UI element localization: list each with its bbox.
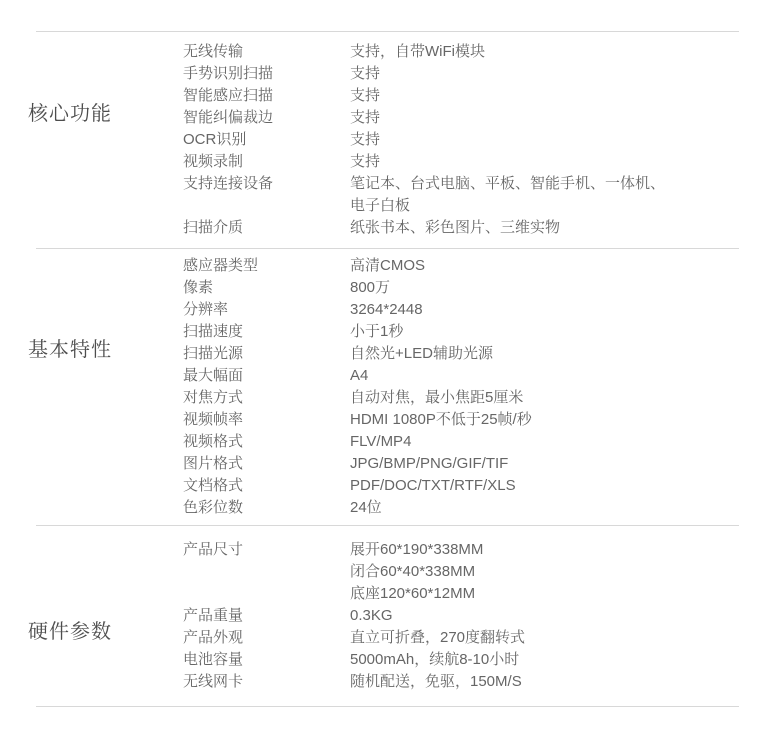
- spec-row: 色彩位数 24位: [183, 497, 739, 519]
- spec-row: 产品尺寸 展开60*190*338MM 闭合60*40*338MM 底座120*…: [183, 539, 739, 605]
- spec-row: 扫描光源 自然光+LED辅助光源: [183, 343, 739, 365]
- spec-row: 扫描速度 小于1秒: [183, 321, 739, 343]
- spec-row: 无线传输 支持，自带WiFi模块: [183, 41, 739, 63]
- spec-row: 视频格式 FLV/MP4: [183, 431, 739, 453]
- spec-value: FLV/MP4: [350, 431, 739, 453]
- spec-label: 扫描光源: [183, 343, 350, 365]
- spec-value: 自动对焦，最小焦距5厘米: [350, 387, 739, 409]
- spec-row: 产品重量 0.3KG: [183, 605, 739, 627]
- spec-value: 笔记本、台式电脑、平板、智能手机、一体机、 电子白板: [350, 173, 739, 217]
- spec-value: 随机配送，免驱，150M/S: [350, 671, 739, 693]
- spec-value: 800万: [350, 277, 739, 299]
- spec-row: 图片格式 JPG/BMP/PNG/GIF/TIF: [183, 453, 739, 475]
- section-title-basic-specs: 基本特性: [28, 339, 168, 361]
- product-spec-table: 核心功能 无线传输 支持，自带WiFi模块 手势识别扫描 支持 智能感应扫描 支…: [36, 31, 739, 707]
- spec-label: 产品尺寸: [183, 539, 350, 561]
- spec-label: 产品重量: [183, 605, 350, 627]
- spec-value: 24位: [350, 497, 739, 519]
- spec-label: 视频帧率: [183, 409, 350, 431]
- spec-value: 支持: [350, 85, 739, 107]
- spec-row: 电池容量 5000mAh，续航8-10小时: [183, 649, 739, 671]
- spec-label: 图片格式: [183, 453, 350, 475]
- spec-value: 纸张书本、彩色图片、三维实物: [350, 217, 739, 239]
- spec-value: 5000mAh，续航8-10小时: [350, 649, 739, 671]
- spec-label: 文档格式: [183, 475, 350, 497]
- spec-value: 小于1秒: [350, 321, 739, 343]
- spec-label: 对焦方式: [183, 387, 350, 409]
- spec-row: 对焦方式 自动对焦，最小焦距5厘米: [183, 387, 739, 409]
- spec-label: 分辨率: [183, 299, 350, 321]
- section-title-core-features: 核心功能: [28, 103, 168, 125]
- spec-label: 感应器类型: [183, 255, 350, 277]
- spec-row: 扫描介质 纸张书本、彩色图片、三维实物: [183, 217, 739, 239]
- section-rows: 无线传输 支持，自带WiFi模块 手势识别扫描 支持 智能感应扫描 支持 智能纠…: [183, 41, 739, 239]
- spec-label: 视频格式: [183, 431, 350, 453]
- spec-label: 无线网卡: [183, 671, 350, 693]
- spec-label: 产品外观: [183, 627, 350, 649]
- spec-row: 智能纠偏裁边 支持: [183, 107, 739, 129]
- spec-value: 支持: [350, 63, 739, 85]
- spec-row: 产品外观 直立可折叠，270度翻转式: [183, 627, 739, 649]
- spec-value: 支持: [350, 107, 739, 129]
- spec-row: 智能感应扫描 支持: [183, 85, 739, 107]
- spec-row: 分辨率 3264*2448: [183, 299, 739, 321]
- spec-label: 视频录制: [183, 151, 350, 173]
- spec-label: 智能感应扫描: [183, 85, 350, 107]
- spec-label: 手势识别扫描: [183, 63, 350, 85]
- spec-value: 直立可折叠，270度翻转式: [350, 627, 739, 649]
- spec-label: 无线传输: [183, 41, 350, 63]
- spec-label: 电池容量: [183, 649, 350, 671]
- section-rows: 产品尺寸 展开60*190*338MM 闭合60*40*338MM 底座120*…: [183, 539, 739, 693]
- spec-row: 像素 800万: [183, 277, 739, 299]
- spec-row: 视频录制 支持: [183, 151, 739, 173]
- spec-value: 3264*2448: [350, 299, 739, 321]
- spec-row: 视频帧率 HDMI 1080P不低于25帧/秒: [183, 409, 739, 431]
- spec-label: 智能纠偏裁边: [183, 107, 350, 129]
- spec-value: JPG/BMP/PNG/GIF/TIF: [350, 453, 739, 475]
- spec-label: 支持连接设备: [183, 173, 350, 195]
- spec-label: 像素: [183, 277, 350, 299]
- spec-value: 0.3KG: [350, 605, 739, 627]
- spec-value: 展开60*190*338MM 闭合60*40*338MM 底座120*60*12…: [350, 539, 739, 605]
- spec-row: 文档格式 PDF/DOC/TXT/RTF/XLS: [183, 475, 739, 497]
- section-rows: 感应器类型 高清CMOS 像素 800万 分辨率 3264*2448 扫描速度 …: [183, 255, 739, 519]
- spec-value: 高清CMOS: [350, 255, 739, 277]
- spec-row: 感应器类型 高清CMOS: [183, 255, 739, 277]
- spec-row: OCR识别 支持: [183, 129, 739, 151]
- spec-label: OCR识别: [183, 129, 350, 151]
- spec-value: 支持，自带WiFi模块: [350, 41, 739, 63]
- spec-row: 手势识别扫描 支持: [183, 63, 739, 85]
- section-hardware-params: 硬件参数 产品尺寸 展开60*190*338MM 闭合60*40*338MM 底…: [36, 525, 739, 707]
- section-title-hardware-params: 硬件参数: [28, 621, 168, 643]
- spec-value: 支持: [350, 151, 739, 173]
- spec-label: 扫描速度: [183, 321, 350, 343]
- spec-value: 支持: [350, 129, 739, 151]
- spec-label: 扫描介质: [183, 217, 350, 239]
- spec-value: HDMI 1080P不低于25帧/秒: [350, 409, 739, 431]
- spec-value: 自然光+LED辅助光源: [350, 343, 739, 365]
- spec-row: 支持连接设备 笔记本、台式电脑、平板、智能手机、一体机、 电子白板: [183, 173, 739, 217]
- spec-label: 最大幅面: [183, 365, 350, 387]
- spec-value: A4: [350, 365, 739, 387]
- spec-row: 最大幅面 A4: [183, 365, 739, 387]
- spec-row: 无线网卡 随机配送，免驱，150M/S: [183, 671, 739, 693]
- spec-label: 色彩位数: [183, 497, 350, 519]
- section-basic-specs: 基本特性 感应器类型 高清CMOS 像素 800万 分辨率 3264*2448 …: [36, 248, 739, 525]
- section-core-features: 核心功能 无线传输 支持，自带WiFi模块 手势识别扫描 支持 智能感应扫描 支…: [36, 31, 739, 248]
- spec-value: PDF/DOC/TXT/RTF/XLS: [350, 475, 739, 497]
